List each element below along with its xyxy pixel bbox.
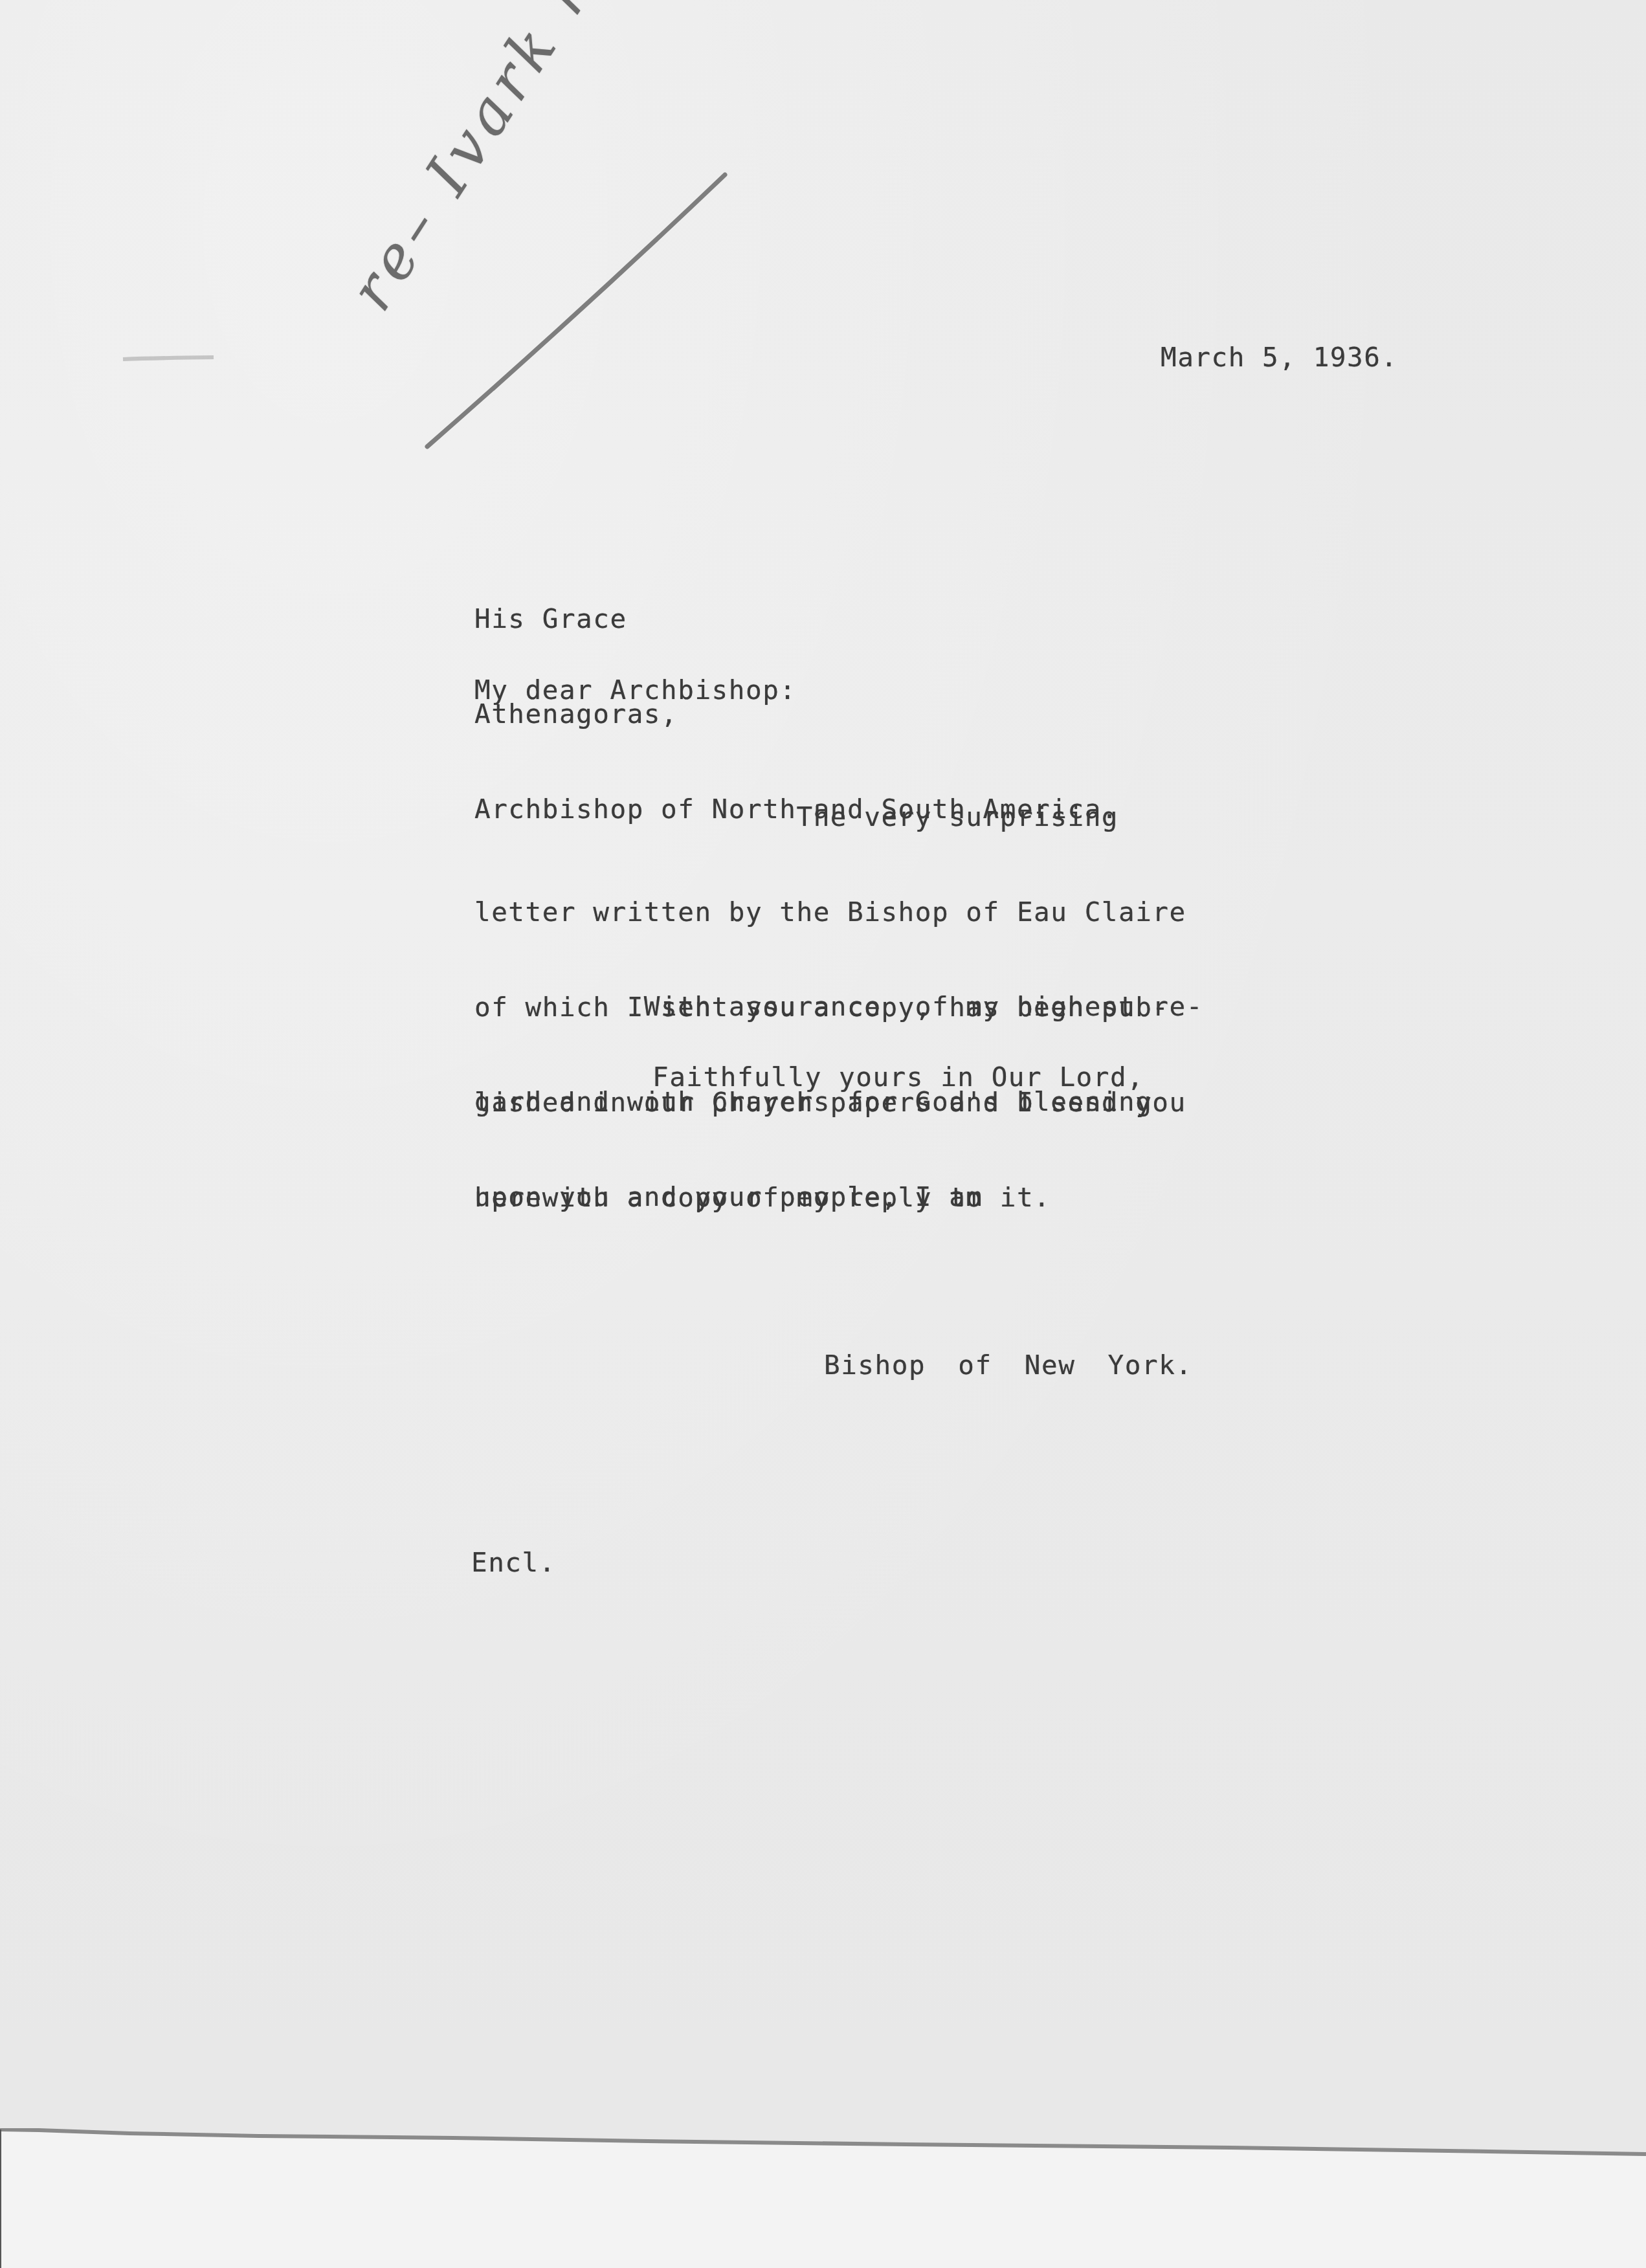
- scan-left-border: [0, 2129, 1, 2268]
- paragraph-line: The very surprising: [474, 801, 1186, 833]
- paragraph-line: letter written by the Bishop of Eau Clai…: [474, 896, 1186, 928]
- salutation: My dear Archbishop:: [474, 674, 797, 706]
- letter-date: March 5, 1936.: [1161, 342, 1398, 373]
- complimentary-closing: Faithfully yours in Our Lord,: [652, 1062, 1144, 1093]
- enclosure-note: Encl.: [471, 1547, 556, 1579]
- paragraph-line: With assurance of my highest re-: [474, 991, 1203, 1023]
- addressee-line: His Grace: [474, 603, 1118, 635]
- signature-line: Bishop of New York.: [824, 1350, 1193, 1381]
- paragraph-line: upon you and your people, I am: [474, 1181, 1203, 1213]
